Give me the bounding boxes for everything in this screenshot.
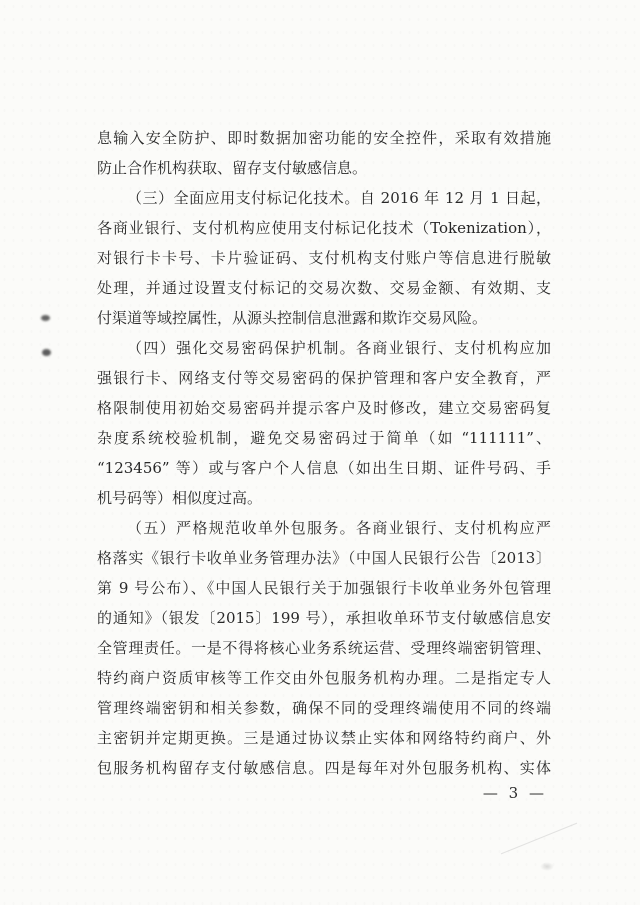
scan-smudge [42, 349, 51, 356]
text-line: 的通知》（银发〔2015〕199 号），承担收单环节支付敏感信息安 [97, 603, 551, 633]
text-line: 处理，并通过设置支付标记的交易次数、交易金额、有效期、支 [97, 273, 551, 303]
document-page: 息输入安全防护、即时数据加密功能的安全控件，采取有效措施 防止合作机构获取、留存… [0, 0, 640, 905]
text-line: 防止合作机构获取、留存支付敏感信息。 [97, 153, 551, 183]
text-line: 强银行卡、网络支付等交易密码的保护管理和客户安全教育，严 [97, 363, 551, 393]
text-line: 第 9 号公布）、《中国人民银行关于加强银行卡收单业务外包管理 [97, 573, 551, 603]
page-number: — 3 — [483, 784, 547, 802]
text-line: 管理终端密钥和相关参数，确保不同的受理终端使用不同的终端 [97, 693, 551, 723]
text-line: 各商业银行、支付机构应使用支付标记化技术（Tokenization）， [97, 213, 551, 243]
text-line: 格限制使用初始交易密码并提示客户及时修改，建立交易密码复 [97, 393, 551, 423]
text-line: 对银行卡卡号、卡片验证码、支付机构支付账户等信息进行脱敏 [97, 243, 551, 273]
text-line: （三）全面应用支付标记化技术。自 2016 年 12 月 1 日起， [97, 183, 551, 213]
text-line: 包服务机构留存支付敏感信息。四是每年对外包服务机构、实体 [97, 753, 551, 783]
text-line: 主密钥并定期更换。三是通过协议禁止实体和网络特约商户、外 [97, 723, 551, 753]
scan-smudge [41, 315, 50, 321]
text-line: 息输入安全防护、即时数据加密功能的安全控件，采取有效措施 [97, 123, 551, 153]
text-line: 杂度系统校验机制，避免交易密码过于简单（如 “111111”、 [97, 423, 551, 453]
text-line: 格落实《银行卡收单业务管理办法》（中国人民银行公告〔2013〕 [97, 543, 551, 573]
text-line: 机号码等）相似度过高。 [97, 483, 551, 513]
text-line: 付渠道等域控属性，从源头控制信息泄露和欺诈交易风险。 [97, 303, 551, 333]
text-line: 特约商户资质审核等工作交由外包服务机构办理。二是指定专人 [97, 663, 551, 693]
text-line: “123456” 等）或与客户个人信息（如出生日期、证件号码、手 [97, 453, 551, 483]
text-line: （五）严格规范收单外包服务。各商业银行、支付机构应严 [97, 513, 551, 543]
scan-artifact [501, 823, 577, 855]
text-line: 全管理责任。一是不得将核心业务系统运营、受理终端密钥管理、 [97, 633, 551, 663]
scan-artifact [540, 862, 554, 871]
document-body: 息输入安全防护、即时数据加密功能的安全控件，采取有效措施 防止合作机构获取、留存… [97, 123, 551, 783]
text-line: （四）强化交易密码保护机制。各商业银行、支付机构应加 [97, 333, 551, 363]
